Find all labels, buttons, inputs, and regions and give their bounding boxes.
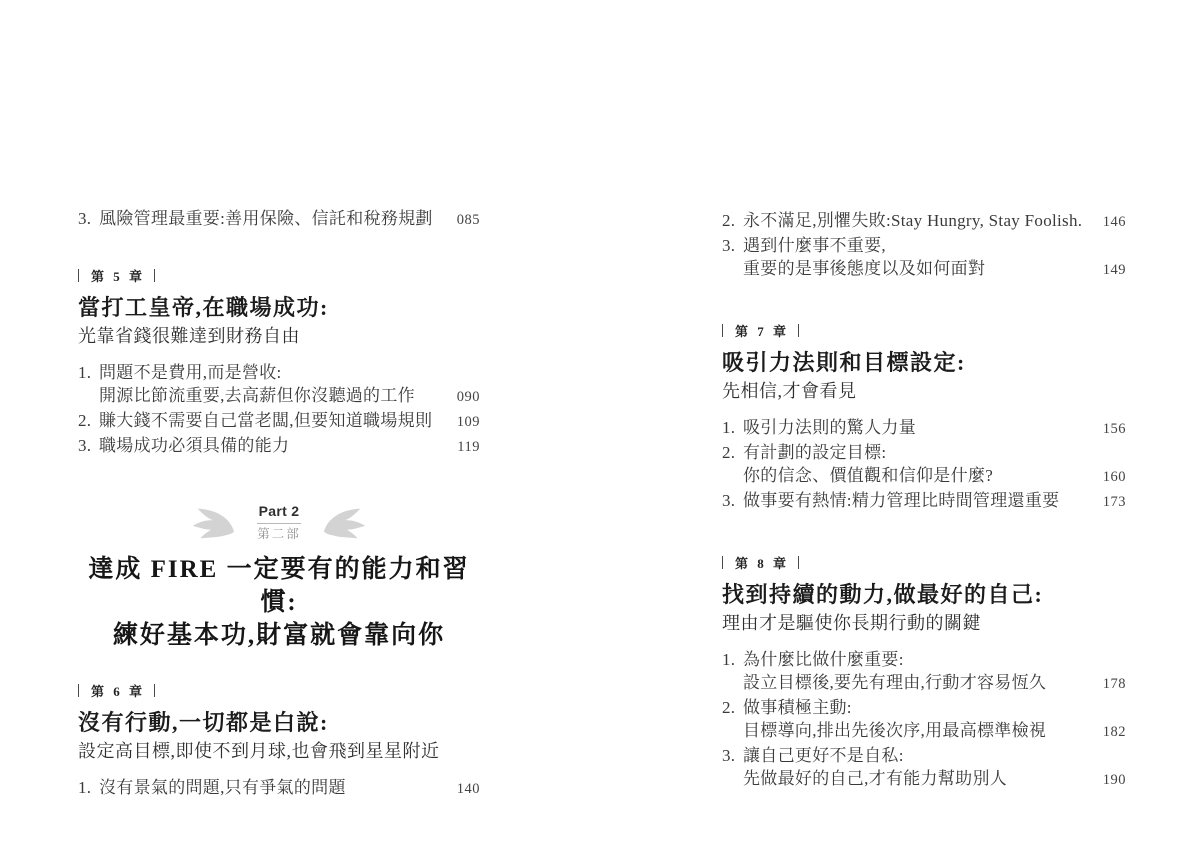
marker-bar-icon [78,684,79,697]
book-toc-page: { "book_toc": { "left": { "tail_items": … [0,0,1200,848]
toc-entry-line: 目標導向,排出先後次序,用最高標準檢視182 [722,719,1126,744]
entry-text: 吸引力法則的驚人力量 [743,416,916,439]
chapter-8-marker-label: 第 8 章 [735,556,789,571]
entry-page-number: 146 [1091,211,1126,234]
entry-number: 2. [722,209,743,232]
entry-number: 1. [78,776,99,799]
entry-text: 風險管理最重要:善用保險、信託和稅務規劃 [99,207,433,230]
part-2-divider: Part 2 第二部 達成 FIRE 一定要有的能力和習慣:練好基本功,財富就會… [78,503,480,652]
chapter-7-marker: 第 7 章 [722,322,1126,342]
entry-text: 有計劃的設定目標: [743,441,886,464]
chapter-5-items: 1.問題不是費用,而是營收:開源比節流重要,去高薪但你沒聽過的工作0902.賺大… [78,361,480,459]
entry-text: 讓自己更好不是自私: [743,744,904,767]
toc-entry-line: 2.有計劃的設定目標: [722,441,1126,464]
toc-entry-line: 開源比節流重要,去高薪但你沒聽過的工作090 [78,384,480,409]
entry-text: 沒有景氣的問題,只有爭氣的問題 [99,776,346,799]
chapter-7-block: 第 7 章 吸引力法則和目標設定: 先相信,才會看見 1.吸引力法則的驚人力量1… [722,322,1126,514]
marker-bar-icon [798,324,799,337]
chapter-5-title: 當打工皇帝,在職場成功: [78,293,480,323]
wing-right-icon [322,506,368,540]
toc-left-column: 3.風險管理最重要:善用保險、信託和稅務規劃085 第 5 章 當打工皇帝,在職… [78,207,480,801]
entry-page-number: 149 [1091,259,1126,282]
entry-text: 賺大錢不需要自己當老闆,但要知道職場規則 [99,409,432,432]
entry-page-number: 173 [1091,491,1126,514]
toc-right-column: 2.永不滿足,別懼失敗:Stay Hungry, Stay Foolish.14… [722,209,1126,792]
entry-number: 1. [722,648,743,671]
entry-number: 2. [722,441,743,464]
entry-text: 先做最好的自己,才有能力幫助別人 [743,767,1007,790]
entry-page-number: 156 [1091,418,1126,441]
part-label-divider [257,523,301,524]
chapter-6-title: 沒有行動,一切都是白說: [78,708,480,738]
entry-text: 問題不是費用,而是營收: [99,361,282,384]
chapter-6-tail-items: 2.永不滿足,別懼失敗:Stay Hungry, Stay Foolish.14… [722,209,1126,282]
entry-text: 開源比節流重要,去高薪但你沒聽過的工作 [99,384,415,407]
toc-entry-line: 2.做事積極主動: [722,696,1126,719]
toc-entry-line: 1.問題不是費用,而是營收: [78,361,480,384]
toc-entry-line: 2.賺大錢不需要自己當老闆,但要知道職場規則109 [78,409,480,434]
marker-bar-icon [154,684,155,697]
toc-entry-line: 1.為什麼比做什麼重要: [722,648,1126,671]
chapter-7-subtitle: 先相信,才會看見 [722,378,1126,404]
entry-text: 設立目標後,要先有理由,行動才容易恆久 [743,671,1046,694]
toc-entry-line: 2.永不滿足,別懼失敗:Stay Hungry, Stay Foolish.14… [722,209,1126,234]
entry-number: 1. [722,416,743,439]
chapter-6-subtitle: 設定高目標,即使不到月球,也會飛到星星附近 [78,738,480,764]
chapter-7-items: 1.吸引力法則的驚人力量1562.有計劃的設定目標:你的信念、價值觀和信仰是什麼… [722,416,1126,514]
toc-entry-line: 你的信念、價值觀和信仰是什麼?160 [722,464,1126,489]
chapter-8-marker: 第 8 章 [722,554,1126,574]
toc-entry-line: 3.做事要有熱情:精力管理比時間管理還重要173 [722,489,1126,514]
chapter-5-block: 第 5 章 當打工皇帝,在職場成功: 光靠省錢很難達到財務自由 1.問題不是費用… [78,267,480,459]
entry-page-number: 178 [1091,673,1126,696]
chapter-8-title: 找到持續的動力,做最好的自己: [722,580,1126,610]
chapter-7-marker-label: 第 7 章 [735,324,789,339]
part-2-label-zh: 第二部 [250,527,308,542]
chapter-7-title: 吸引力法則和目標設定: [722,348,1126,378]
entry-page-number: 109 [445,411,480,434]
entry-number: 3. [78,207,99,230]
chapter-5-marker-label: 第 5 章 [91,269,145,284]
toc-entry-line: 3.職場成功必須具備的能力119 [78,434,480,459]
chapter-6-items: 1.沒有景氣的問題,只有爭氣的問題140 [78,776,480,801]
entry-page-number: 182 [1091,721,1126,744]
entry-text: 做事要有熱情:精力管理比時間管理還重要 [743,489,1059,512]
toc-entry-line: 設立目標後,要先有理由,行動才容易恆久178 [722,671,1126,696]
toc-entry-line: 3.讓自己更好不是自私: [722,744,1126,767]
entry-text: 永不滿足,別懼失敗:Stay Hungry, Stay Foolish. [743,209,1082,232]
part-2-title-line2: 練好基本功,財富就會靠向你 [113,622,445,649]
entry-text: 職場成功必須具備的能力 [99,434,289,457]
entry-number: 2. [78,409,99,432]
toc-entry-line: 重要的是事後態度以及如何面對149 [722,257,1126,282]
entry-number: 2. [722,696,743,719]
wing-left-icon [190,506,236,540]
entry-text: 目標導向,排出先後次序,用最高標準檢視 [743,719,1046,742]
entry-page-number: 090 [445,386,480,409]
toc-entry-line: 3.遇到什麼事不重要, [722,234,1126,257]
chapter-8-subtitle: 理由才是驅使你長期行動的關鍵 [722,610,1126,636]
toc-entry-line: 1.吸引力法則的驚人力量156 [722,416,1126,441]
entry-text: 做事積極主動: [743,696,852,719]
marker-bar-icon [722,324,723,337]
chapter-6-marker: 第 6 章 [78,682,480,702]
entry-number: 1. [78,361,99,384]
marker-bar-icon [78,269,79,282]
entry-text: 遇到什麼事不重要, [743,234,886,257]
chapter4-tail-items: 3.風險管理最重要:善用保險、信託和稅務規劃085 [78,207,480,232]
entry-page-number: 190 [1091,769,1126,792]
entry-text: 你的信念、價值觀和信仰是什麼? [743,464,993,487]
marker-bar-icon [154,269,155,282]
toc-entry-line: 3.風險管理最重要:善用保險、信託和稅務規劃085 [78,207,480,232]
chapter-8-items: 1.為什麼比做什麼重要:設立目標後,要先有理由,行動才容易恆久1782.做事積極… [722,648,1126,792]
entry-text: 重要的是事後態度以及如何面對 [743,257,985,280]
entry-page-number: 085 [445,209,480,232]
chapter-6-marker-label: 第 6 章 [91,684,145,699]
part-2-title: 達成 FIRE 一定要有的能力和習慣:練好基本功,財富就會靠向你 [78,553,480,652]
toc-entry-line: 1.沒有景氣的問題,只有爭氣的問題140 [78,776,480,801]
entry-number: 3. [722,489,743,512]
entry-number: 3. [722,744,743,767]
marker-bar-icon [722,556,723,569]
part-2-ornament-row: Part 2 第二部 [78,503,480,542]
marker-bar-icon [798,556,799,569]
part-2-title-line1: 達成 FIRE 一定要有的能力和習慣: [88,556,469,616]
chapter-6-block: 第 6 章 沒有行動,一切都是白說: 設定高目標,即使不到月球,也會飛到星星附近… [78,682,480,801]
toc-entry-line: 先做最好的自己,才有能力幫助別人190 [722,767,1126,792]
chapter-8-block: 第 8 章 找到持續的動力,做最好的自己: 理由才是驅使你長期行動的關鍵 1.為… [722,554,1126,792]
entry-page-number: 140 [445,778,480,801]
entry-text: 為什麼比做什麼重要: [743,648,904,671]
entry-number: 3. [722,234,743,257]
entry-page-number: 160 [1091,466,1126,489]
part-2-label: Part 2 第二部 [250,503,308,542]
chapter-5-subtitle: 光靠省錢很難達到財務自由 [78,323,480,349]
part-2-label-en: Part 2 [250,503,308,519]
entry-number: 3. [78,434,99,457]
chapter-5-marker: 第 5 章 [78,267,480,287]
entry-page-number: 119 [445,436,480,459]
